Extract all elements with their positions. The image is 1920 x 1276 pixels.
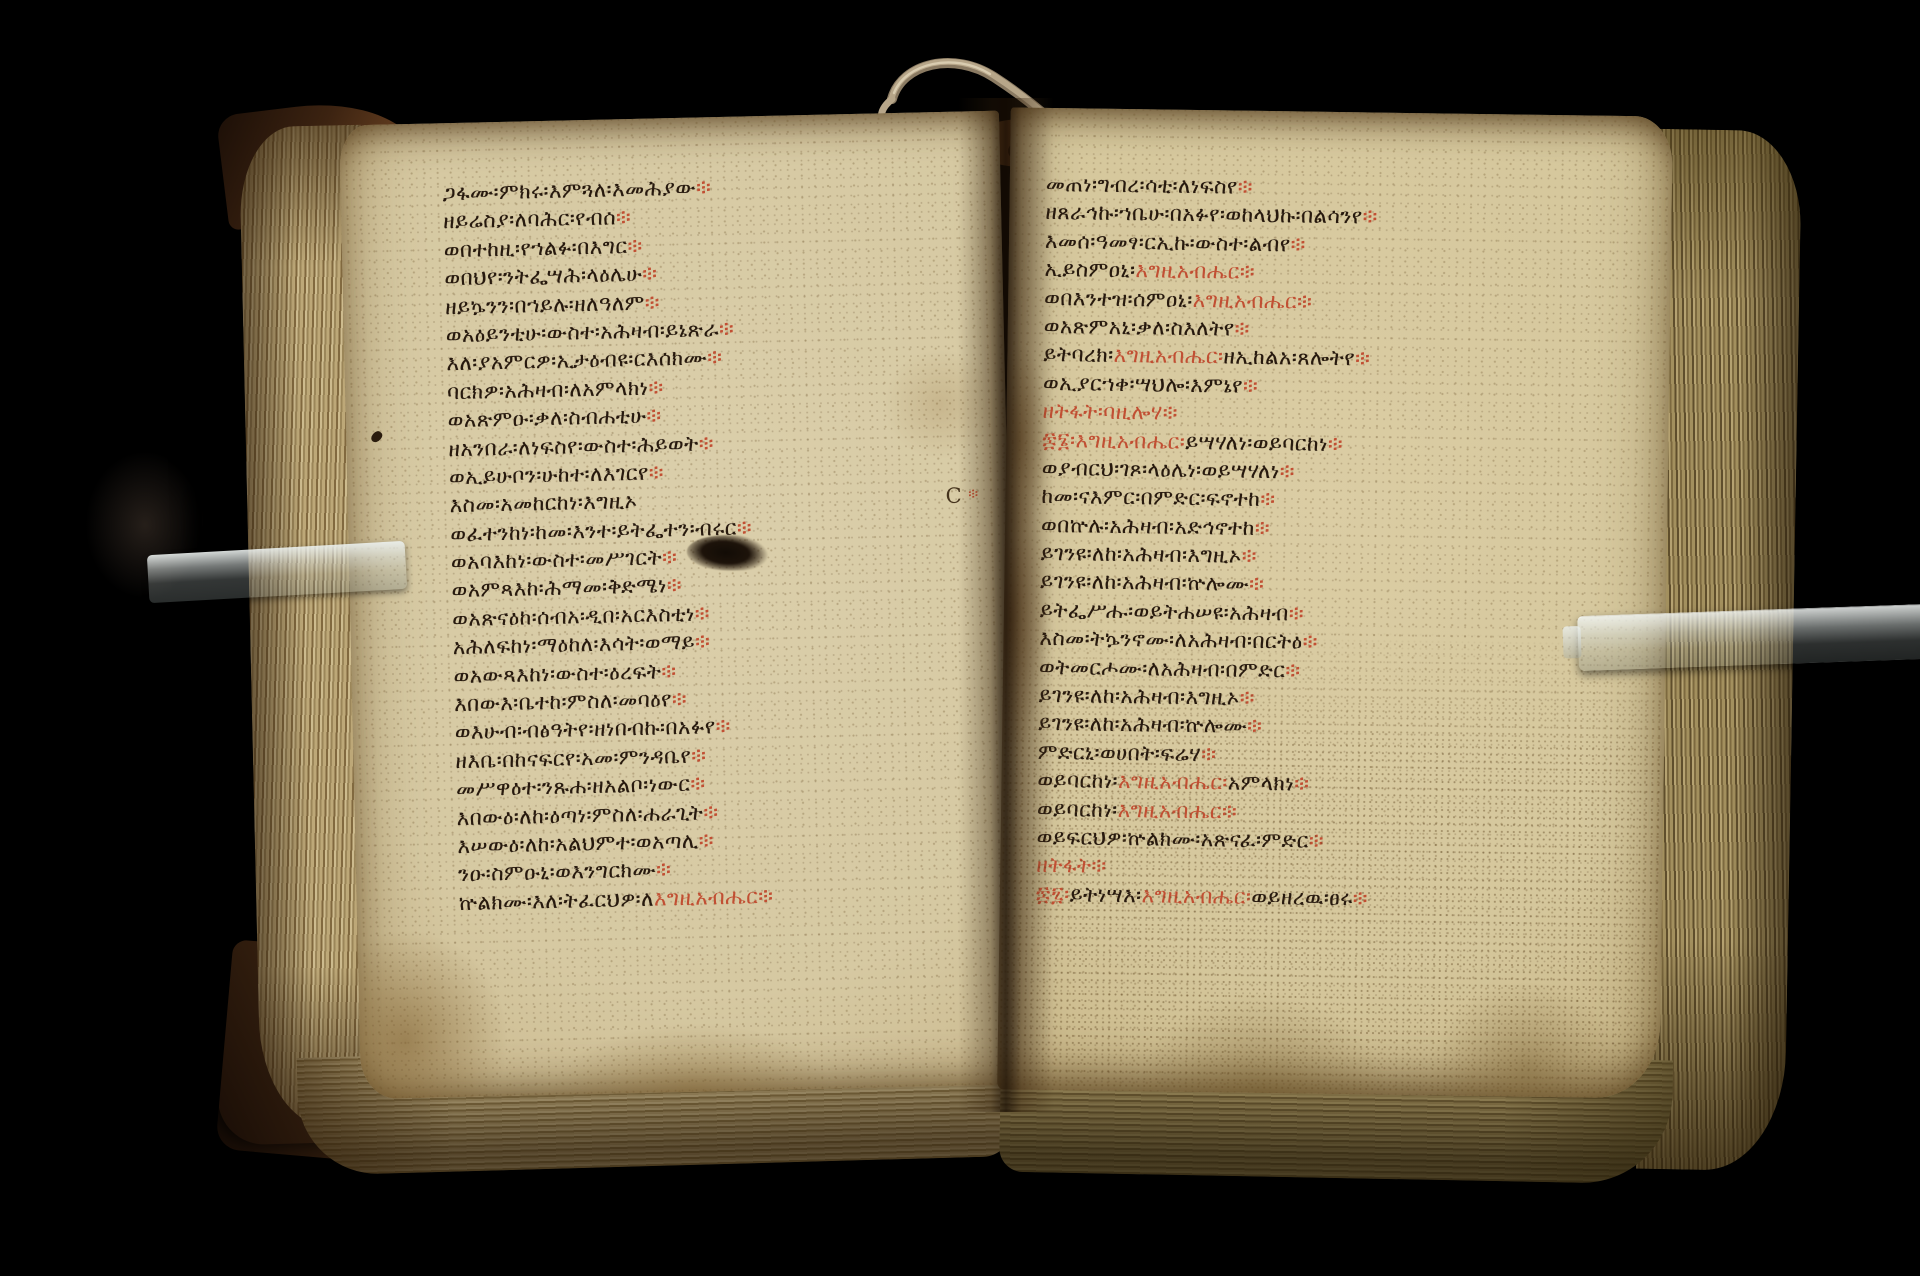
rubric-segment: ፨ [690,772,706,796]
text-line: ወይፍርህዎ፡ኵልክሙ፡አጽናፈ፡ምድር፨ [1037,823,1370,856]
glass-page-weight-right [1577,604,1920,671]
rubric-segment: ፨ [1362,205,1378,229]
rubric-segment: ፨ [715,714,731,738]
ink-segment: እስመ፡ትኴንኖሙ፡ለአሕዛብ፡በርትዕ [1039,626,1303,654]
manuscript-photo: ጋፋሙ፡ምክሩ፡እምጓለ፡እመሕያው፨ዘይሬስያ፡ለባሕር፡የብሰ፨ወበተከዚ፡… [0,0,1920,1276]
rubric-segment: ፨ [1328,431,1344,455]
ink-segment: እበውዕ፡ለከ፡ዕጣነ፡ምስለ፡ሐራጊት [456,800,703,830]
text-line: ይትባረክ፡እግዚአብሔር፡ዘኢከልአ፡ጸሎትየ፨ [1043,340,1376,373]
rubric-segment: ፨ [1302,630,1318,654]
ink-segment: መጠነ፡ግብረ፡ሳቲ፡ለነፍስየ [1046,172,1238,199]
rubric-segment: ፨ [1255,516,1271,540]
ink-segment: ወአጽናዕከ፡ሰብአ፡ዲበ፡አርእስቲነ [452,602,695,631]
rubric-segment: ፨ [696,175,712,199]
text-line: ይገንዩ፡ለከ፡አሕዛብ፡እግዚኦ፨ [1040,539,1373,572]
ink-segment: ወእሁብ፡ብፅዓትየ፡ዘነበብኩ፡በአፉየ [455,715,716,745]
text-line: እመሰ፡ዓመፃ፡ርኢኩ፡ውስተ፡ልብየ፨ [1045,227,1378,260]
text-line: እስመ፡ትኴንኖሙ፡ለአሕዛብ፡በርትዕ፨ [1039,624,1372,657]
rubric-segment: እግዚአብሔር፨ [654,884,774,911]
rubric-segment: እግዚአብሔር፡ [1118,769,1228,795]
ink-segment: ይትፌሥሑ፡ወይትሐሠዩ፡አሕዛብ [1040,598,1289,625]
ink-segment: ይገንዩ፡ለከ፡አሕዛብ፡ኵሎሙ [1038,711,1247,738]
ink-segment: ወበኵሉ፡አሕዛብ፡አድኅኖተከ [1041,513,1255,540]
rubric-segment: ፨ [646,403,662,427]
margin-note: C ፨ [945,483,978,508]
ink-segment: እመሰ፡ዓመፃ፡ርኢኩ፡ውስተ፡ልብየ [1045,229,1291,256]
ink-segment: መሥዋዕተ፡ንጹሐ፡ዘአልቦ፡ነውር [456,772,691,801]
rubric-segment: ፨ [667,573,683,597]
right-page-parchment: መጠነ፡ግብረ፡ሳቲ፡ለነፍስየ፨ዘጸራኅኩ፡ኀቤሁ፡በአፉየ፡ወከላህኩ፡በል… [997,107,1673,1098]
text-line: ምድርኒ፡ወሀበት፡ፍሬሃ፨ [1038,738,1371,771]
right-text-column: መጠነ፡ግብረ፡ሳቲ፡ለነፍስየ፨ዘጸራኅኩ፡ኀቤሁ፡በአፉየ፡ወከላህኩ፡በል… [1036,170,1379,913]
text-line: ወይባርከነ፡እግዚአብሔር፡አምላክነ፨ [1037,766,1370,799]
rubric-segment: ፨ [691,743,707,767]
rubric-segment: ፨ [1243,373,1259,397]
ink-segment: ይትባረክ፡ [1043,342,1114,367]
ink-segment: አሕለፍከነ፡ማዕከለ፡እሳት፡ወማይ [453,630,696,659]
ink-segment: ወአውጻእከነ፡ውስተ፡ዕረፍት [453,659,661,688]
rubric-segment: እግዚአብሔር፨ [1118,798,1238,824]
text-line: ይገንዩ፡ለከ፡አሕዛብ፡ኵሎሙ፨ [1040,567,1373,600]
text-line: ወአጽምአኒ፡ቃለ፡ስእለትየ፨ [1044,312,1377,345]
ink-segment: ወይፍርህዎ፡ኵልክሙ፡አጽናፈ፡ምድር [1037,825,1309,853]
rubric-segment: ፨ [1289,601,1305,625]
rubric-segment: ፨ [1240,686,1256,710]
ink-segment: ወአምጻእከ፡ሕማመ፡ቅድሜነ [451,574,667,603]
rubric-segment: ፨ [698,431,714,455]
rubric-segment: ፨ [1237,175,1253,199]
text-line: ይገንዩ፡ለከ፡አሕዛብ፡ኵሎሙ፨ [1038,709,1371,742]
ink-segment: ይገንዩ፡ለከ፡አሕዛብ፡እግዚኦ [1039,683,1240,710]
rubric-segment: እግዚአብሔር፡ [1113,343,1223,369]
ink-segment: ዘጸራኅኩ፡ኀቤሁ፡በአፉየ፡ወከላህኩ፡በልሳንየ [1045,200,1362,228]
rubric-segment: ፨ [1234,317,1250,341]
rubric-segment: ፨ [1290,232,1306,256]
text-line: ወበእንተዝ፡ሰምዐኒ፡እግዚአብሔር፨ [1044,283,1377,316]
ink-segment: እስመ፡አመከርከነ፡እግዚኦ [449,489,637,517]
ink-segment: ይትነሣእ፡ [1070,882,1142,907]
rubric-segment: ፨ [1241,544,1257,568]
rubric-segment: ፨ [616,205,632,229]
ink-segment: አምላክነ [1228,771,1295,796]
rubric-segment: ፨ [1355,347,1371,371]
ink-segment: ወአዕይንቲሁ፡ውስተ፡አሕዛብ፡ይኔጽራ [446,317,720,347]
ink-segment: ዘእቤ፡በከናፍርየ፡አመ፡ምንዳቤየ [455,744,691,773]
rubric-segment: ፨ [662,545,678,569]
rubric-segment: ዘትፋት፡ባዚሎሃ፨ [1042,399,1178,425]
text-line: ይገንዩ፡ለከ፡አሕዛብ፡እግዚኦ፨ [1038,681,1371,714]
ink-segment: ወኢያርኀቀ፡ሣህሎ፡እምኔየ [1043,371,1243,398]
text-line: ዘትፋት፡ባዚሎሃ፨ [1042,397,1375,430]
rubric-segment: እግዚአብሔር፡ [1141,883,1251,909]
ink-segment: ወይባርከነ፡ [1037,796,1118,821]
small-ink-stain [369,429,384,444]
rubric-segment: ፨ [1247,714,1263,738]
ink-segment: ከመ፡ናእምር፡በምድር፡ፍኖተከ [1041,484,1260,511]
rubric-segment: ፨ [656,858,672,882]
rubric-segment: ፨ [1280,459,1296,483]
rubric-segment: ፨ [1353,886,1369,910]
rubric-segment: ዘትፋት፨ [1036,853,1107,878]
ink-segment: ዘይኴንን፡በኀይሉ፡ዘለዓለም [445,290,645,319]
ink-segment: ወአባእከነ፡ውስተ፡መሥገርት [451,545,663,574]
text-line: ኢይስምዐኒ፡እግዚአብሔር፨ [1044,255,1377,288]
rubric-segment: ፨ [648,375,664,399]
left-page-parchment: ጋፋሙ፡ምክሩ፡እምጓለ፡እመሕያው፨ዘይሬስያ፡ለባሕር፡የብሰ፨ወበተከዚ፡… [339,111,1021,1100]
text-line: መጠነ፡ግብረ፡ሳቲ፡ለነፍስየ፨ [1046,170,1379,203]
text-line: ወበኵሉ፡አሕዛብ፡አድኅኖተከ፨ [1041,511,1374,544]
rubric-segment: ፨ [1201,742,1217,766]
text-line: ወያብርህ፡ገጾ፡ላዕሌነ፡ወይሣሃለነ፨ [1042,454,1375,487]
ink-segment: እለ፡ያአምርዎ፡ኢታዕብዩ፡ርእሰክሙ [446,346,707,376]
ink-segment: ወበእንተዝ፡ሰምዐኒ፡ [1044,285,1193,311]
text-line: ወትመርሖሙ፡ለአሕዛብ፡በምድር፨ [1039,653,1372,686]
rubric-segment: ፨ [642,262,658,286]
rubric-segment: ፷፯፡ [1036,882,1070,906]
ink-segment: ወአጽምአኒ፡ቃለ፡ስእለትየ [1044,314,1235,341]
rubric-segment: ፨ [672,687,688,711]
ink-segment: ወይዘረዉ፡ፀሩ [1251,885,1353,910]
text-line: ፷፯፡ይትነሣእ፡እግዚአብሔር፡ወይዘረዉ፡ፀሩ፨ [1036,880,1369,913]
ink-segment: ወይባርከነ፡ [1037,768,1118,793]
text-line: ዘትፋት፨ [1036,851,1369,884]
rubric-segment: ፨ [707,345,723,369]
ink-segment: ይገንዩ፡ለከ፡አሕዛብ፡እግዚኦ [1041,541,1242,568]
ink-segment: ወኢይሁቦን፡ሁከተ፡ለእገርየ [449,461,649,490]
ink-segment: ይሣሃለነ፡ወይባርከነ [1185,429,1328,455]
ink-segment: ኵልክሙ፡እለ፡ትፈርህዎ፡ለ [458,886,654,914]
ink-segment: ወበተከዚ፡የኀልፉ፡በእግር [444,234,628,262]
rubric-segment: እግዚአብሔር፨ [1135,258,1255,284]
text-line: ይትፌሥሑ፡ወይትሐሠዩ፡አሕዛብ፨ [1040,596,1373,629]
ink-segment: ኢይስምዐኒ፡ [1044,257,1135,282]
margin-note-letter: C [945,484,962,508]
margin-note-mark: ፨ [968,486,978,502]
rubric-segment: ፨ [661,659,677,683]
rubric-segment: ፨ [1260,487,1276,511]
text-line: ፷፮፡እግዚአብሔር፡ይሣሃለነ፡ወይባርከነ፨ [1042,425,1375,458]
ink-segment: እበውእ፡ቤተከ፡ምስለ፡መባዕየ [454,687,672,716]
ink-segment: ዘይሬስያ፡ለባሕር፡የብሰ [443,206,616,234]
text-line: ወኢያርኀቀ፡ሣህሎ፡እምኔየ፨ [1043,369,1376,402]
rubric-segment: ፨ [648,460,664,484]
ink-segment: ንዑ፡ስምዑኒ፡ወእንግርክሙ [458,858,657,886]
text-line: ዘጸራኅኩ፡ኀቤሁ፡በአፉየ፡ወከላህኩ፡በልሳንየ፨ [1045,198,1378,231]
ink-segment: ጋፋሙ፡ምክሩ፡እምጓለ፡እመሕያው [442,176,696,206]
rubric-segment: ፷፮፡እግዚአብሔር፡ [1042,427,1185,453]
rubric-segment: ፨ [719,317,735,341]
rubric-segment: እግዚአብሔር፨ [1193,288,1313,314]
rubric-segment: ፨ [627,234,643,258]
ink-segment: ዘኢከልአ፡ጸሎትየ [1223,345,1355,371]
rubric-segment: ፨ [698,828,714,852]
ink-segment: ዘአንበራ፡ለነፍስየ፡ውስተ፡ሕይወት [448,431,699,461]
rubric-segment: ፨ [694,601,710,625]
ink-segment: እሠውዕ፡ለከ፡አልህምተ፡ወአጣሊ [457,829,699,858]
rubric-segment: ፨ [1309,829,1325,853]
rubric-segment: ፨ [1294,772,1310,796]
ink-segment: ወትመርሖሙ፡ለአሕዛብ፡በምድር [1039,655,1286,682]
rubric-segment: ፨ [695,630,711,654]
ink-segment: ይገንዩ፡ለከ፡አሕዛብ፡ኵሎሙ [1040,569,1249,596]
rubric-segment: ፨ [1249,572,1265,596]
ink-segment: ወበህየ፡ንትፌሣሕ፡ላዕሌሁ [444,262,642,290]
rubric-segment: ፨ [644,290,660,314]
ink-segment: ወያብርህ፡ገጾ፡ላዕሌነ፡ወይሣሃለነ [1042,456,1280,483]
rubric-segment: ፨ [703,800,719,824]
ink-segment: ባርክዎ፡አሕዛብ፡ለአምላክነ [447,375,649,404]
ink-segment: ምድርኒ፡ወሀበት፡ፍሬሃ [1038,740,1202,766]
ink-segment: ወአጽምዑ፡ቃለ፡ስብሐቲሁ [447,404,646,433]
text-line: ኵልክሙ፡እለ፡ትፈርህዎ፡ለእግዚአብሔር፨ [458,882,773,918]
rubric-segment: ፨ [1285,658,1301,682]
text-line: ወይባርከነ፡እግዚአብሔር፨ [1037,794,1370,827]
text-line: ከመ፡ናእምር፡በምድር፡ፍኖተከ፨ [1041,482,1374,515]
